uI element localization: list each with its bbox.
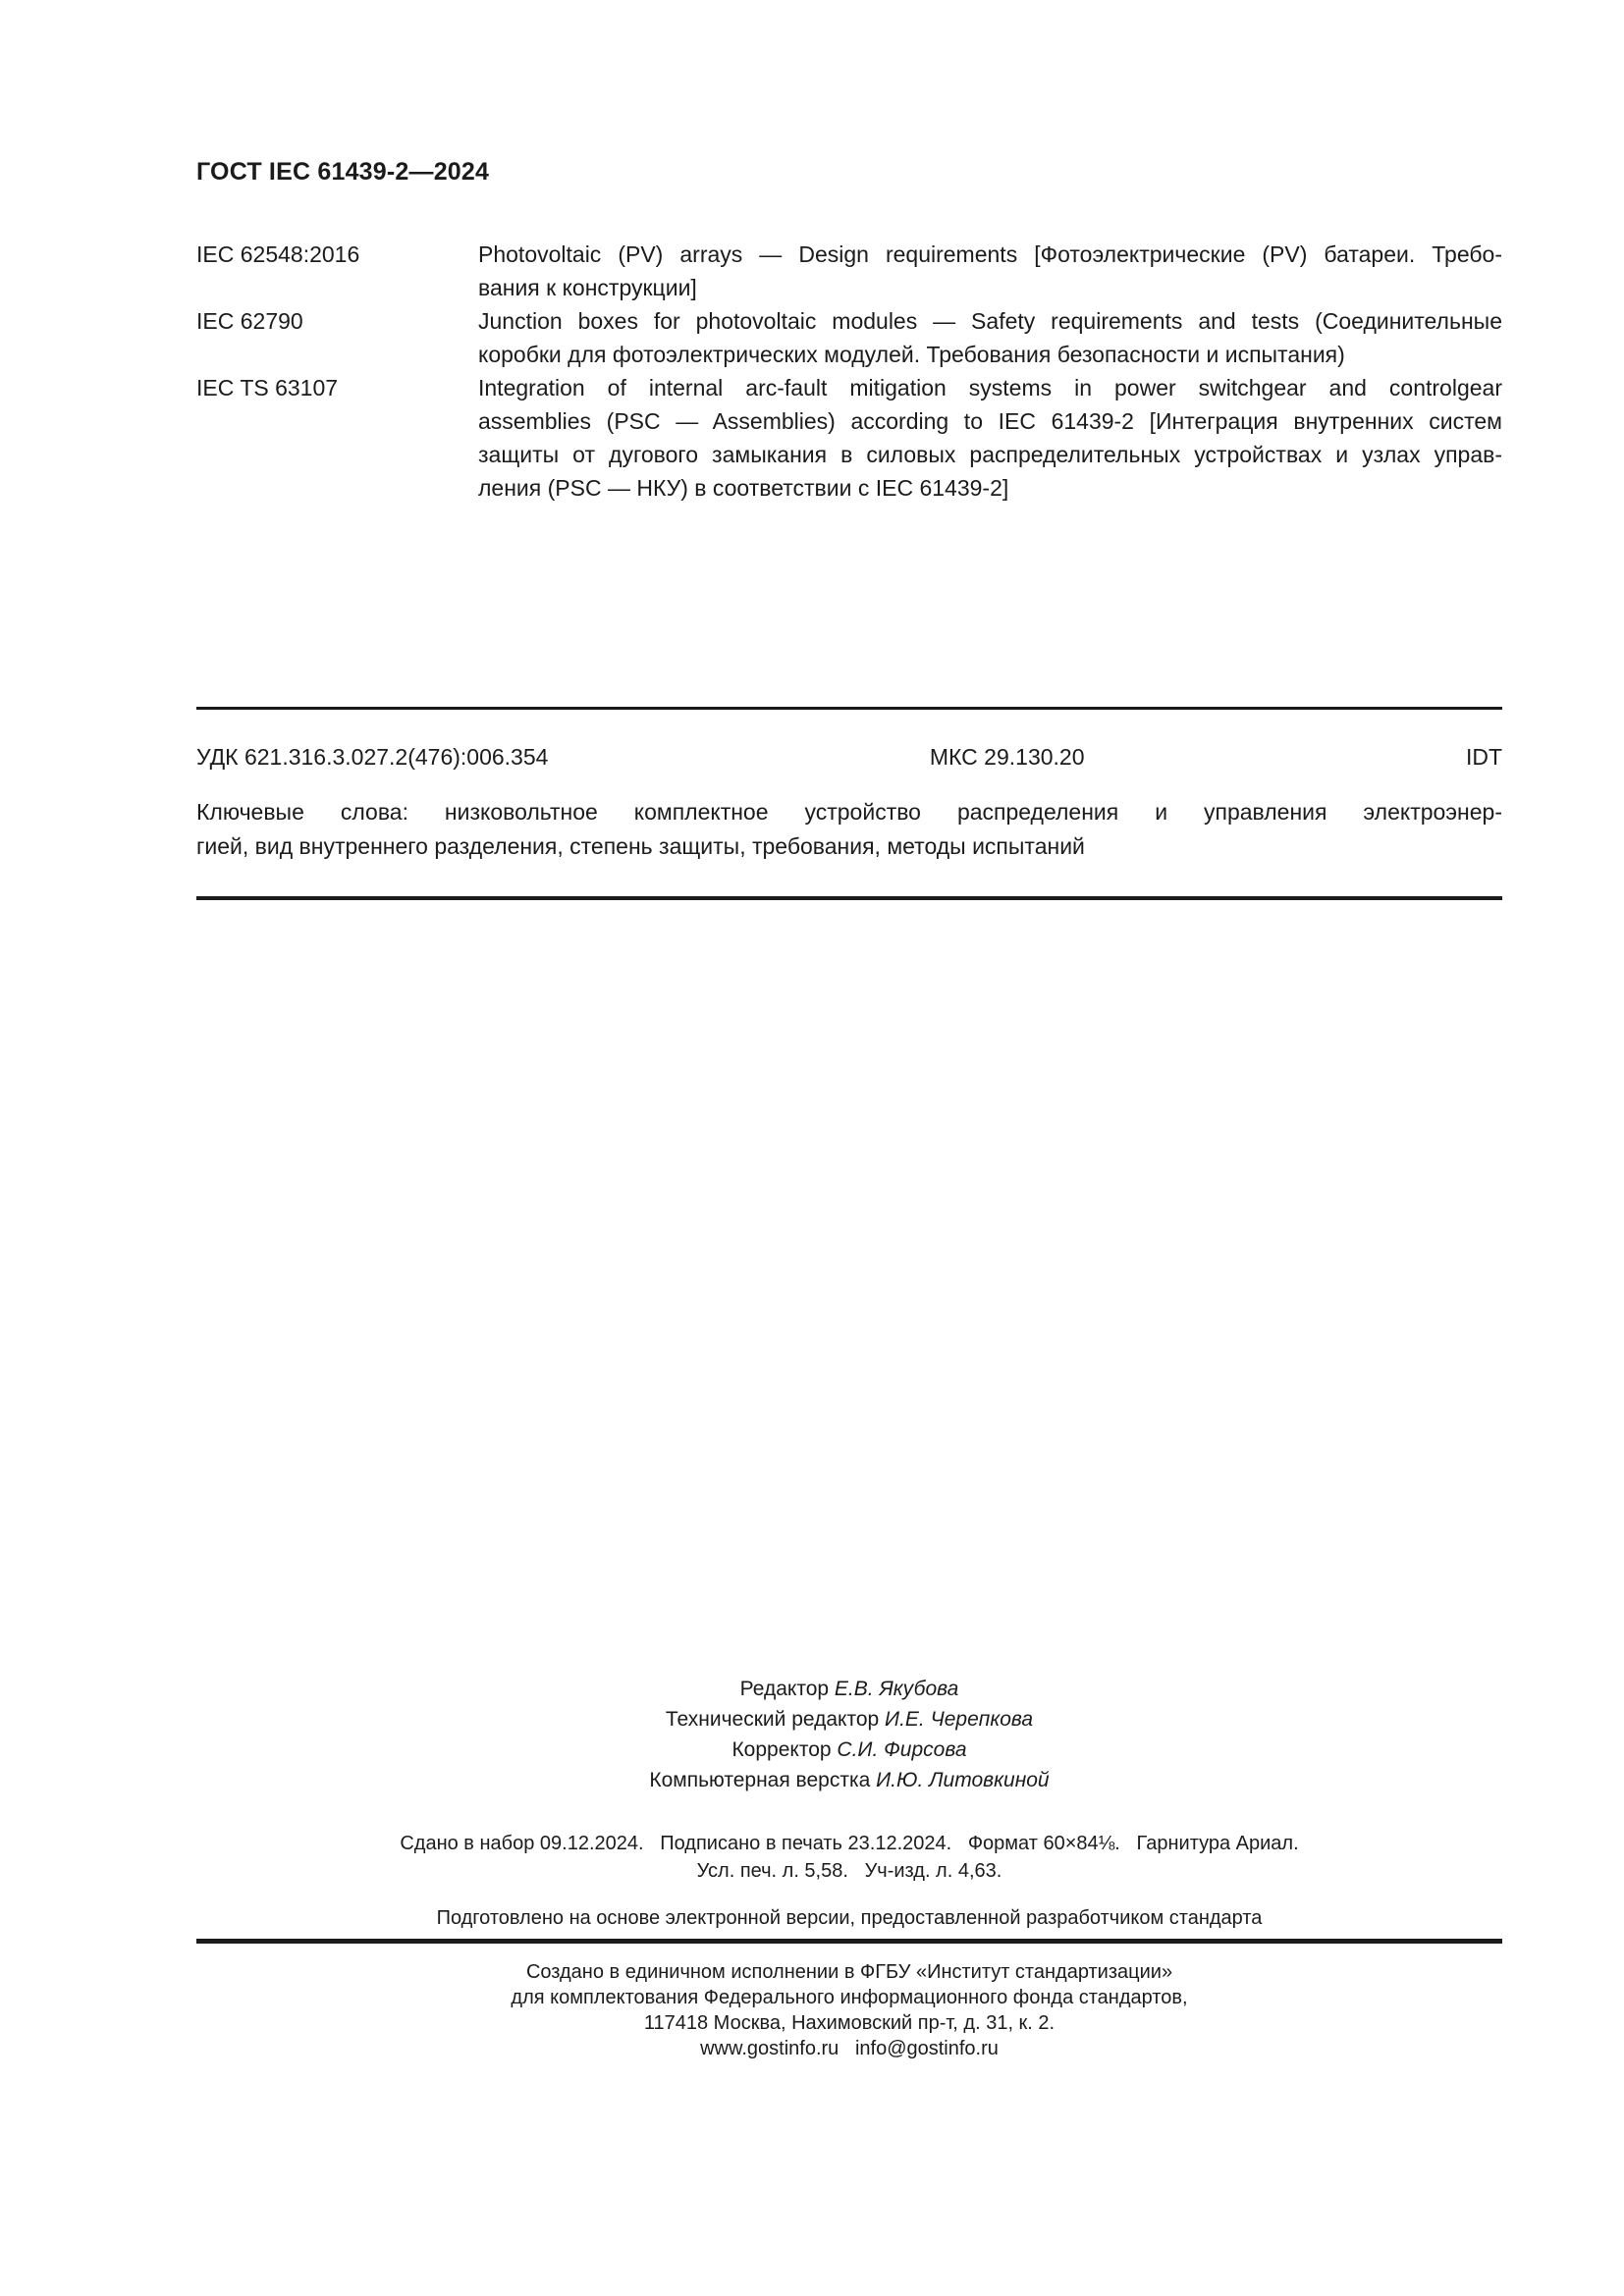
divider-rule-footer (196, 1939, 1502, 1944)
editor-line: Компьютерная верстка И.Ю. Литовкиной (196, 1765, 1502, 1795)
imprint-block: Сдано в набор 09.12.2024. Подписано в пе… (196, 1830, 1502, 1885)
imprint-line-1: Сдано в набор 09.12.2024. Подписано в пе… (196, 1830, 1502, 1857)
classification-row: УДК 621.316.3.027.2(476):006.354 МКС 29.… (196, 744, 1502, 771)
reference-row: IEC 62548:2016 Photovoltaic (PV) arrays … (196, 238, 1502, 304)
editor-name: И.Е. Черепкова (885, 1708, 1033, 1731)
document-number: ГОСТ IEC 61439-2—2024 (196, 158, 489, 187)
imprint-line-2: Усл. печ. л. 5,58. Уч-изд. л. 4,63. (196, 1857, 1502, 1885)
divider-rule-top (196, 707, 1502, 710)
reference-description: Photovoltaic (PV) arrays — Design requir… (478, 238, 1502, 304)
normative-references-list: IEC 62548:2016 Photovoltaic (PV) arrays … (196, 238, 1502, 505)
editor-role: Корректор (731, 1738, 831, 1761)
editor-role: Компьютерная верстка (649, 1769, 870, 1791)
editor-line: Технический редактор И.Е. Черепкова (196, 1704, 1502, 1735)
prepared-note: Подготовлено на основе электронной верси… (196, 1907, 1502, 1930)
reference-code: IEC 62548:2016 (196, 238, 478, 304)
reference-code: IEC 62790 (196, 304, 478, 371)
publisher-block: Создано в единичном исполнении в ФГБУ «И… (196, 1959, 1502, 2061)
keywords-paragraph: Ключевые слова: низковольтное комплектно… (196, 795, 1502, 864)
editor-name: Е.В. Якубова (835, 1678, 958, 1700)
reference-description: Junction boxes for photovoltaic modules … (478, 304, 1502, 371)
reference-row: IEC TS 63107 Integration of internal arc… (196, 371, 1502, 505)
mks-code: МКС 29.130.20 (930, 744, 1085, 771)
editorial-staff-block: Редактор Е.В. Якубова Технический редакт… (196, 1674, 1502, 1795)
editor-line: Корректор С.И. Фирсова (196, 1735, 1502, 1765)
reference-row: IEC 62790 Junction boxes for photovoltai… (196, 304, 1502, 371)
reference-description: Integration of internal arc-fault mitiga… (478, 371, 1502, 505)
idt-label: IDT (1466, 744, 1502, 771)
editor-name: С.И. Фирсова (837, 1738, 966, 1761)
divider-rule-keywords (196, 896, 1502, 900)
editor-name: И.Ю. Литовкиной (876, 1769, 1049, 1791)
document-page: ГОСТ IEC 61439-2—2024 IEC 62548:2016 Pho… (0, 0, 1624, 2296)
editor-role: Технический редактор (666, 1708, 879, 1731)
reference-code: IEC TS 63107 (196, 371, 478, 505)
editor-line: Редактор Е.В. Якубова (196, 1674, 1502, 1704)
editor-role: Редактор (740, 1678, 829, 1700)
udk-code: УДК 621.316.3.027.2(476):006.354 (196, 744, 548, 771)
